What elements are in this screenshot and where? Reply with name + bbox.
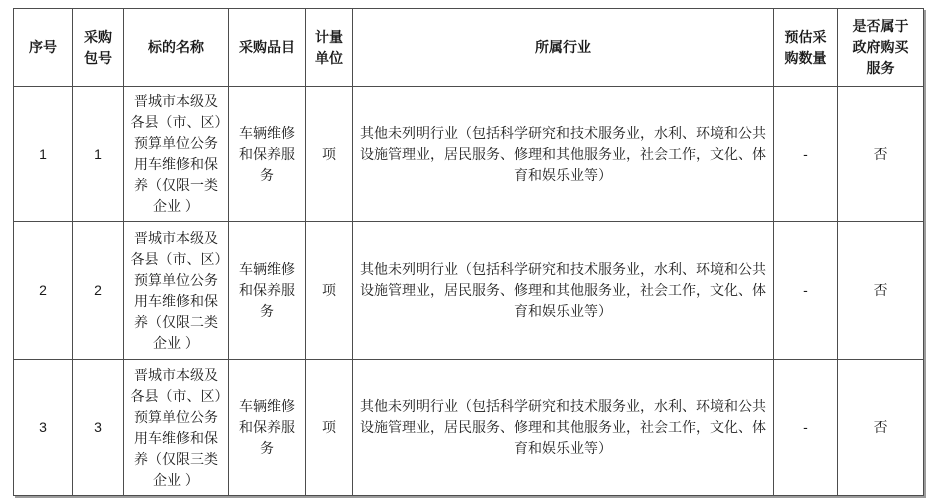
cell-unit: 项 bbox=[306, 87, 353, 222]
cell-subject-name: 晋城市本级及各县（市、区）预算单位公务用车维修和保养（仅限二类企业 ） bbox=[124, 222, 229, 360]
table-row: 2 2 晋城市本级及各县（市、区）预算单位公务用车维修和保养（仅限二类企业 ） … bbox=[14, 222, 924, 360]
cell-package-no: 2 bbox=[73, 222, 124, 360]
cell-package-no: 1 bbox=[73, 87, 124, 222]
header-unit: 计量 单位 bbox=[306, 9, 353, 87]
cell-seq: 1 bbox=[14, 87, 73, 222]
cell-package-no: 3 bbox=[73, 360, 124, 496]
cell-industry: 其他未列明行业（包括科学研究和技术服务业，水利、环境和公共设施管理业，居民服务、… bbox=[353, 222, 774, 360]
header-seq: 序号 bbox=[14, 9, 73, 87]
cell-procurement-item: 车辆维修和保养服务 bbox=[229, 222, 306, 360]
cell-gov-purchase-service: 否 bbox=[838, 222, 924, 360]
cell-gov-purchase-service: 否 bbox=[838, 360, 924, 496]
header-industry: 所属行业 bbox=[353, 9, 774, 87]
procurement-packages-page: 序号 采购 包号 标的名称 采购品目 计量 单位 所属行业 预估采 购数量 是否… bbox=[0, 0, 940, 504]
header-procurement-item: 采购品目 bbox=[229, 9, 306, 87]
cell-subject-name: 晋城市本级及各县（市、区）预算单位公务用车维修和保养（仅限三类企业 ） bbox=[124, 360, 229, 496]
cell-seq: 2 bbox=[14, 222, 73, 360]
cell-procurement-item: 车辆维修和保养服务 bbox=[229, 87, 306, 222]
cell-estimated-quantity: - bbox=[774, 87, 838, 222]
table-header-row: 序号 采购 包号 标的名称 采购品目 计量 单位 所属行业 预估采 购数量 是否… bbox=[14, 9, 924, 87]
cell-estimated-quantity: - bbox=[774, 222, 838, 360]
header-subject-name: 标的名称 bbox=[124, 9, 229, 87]
cell-seq: 3 bbox=[14, 360, 73, 496]
cell-unit: 项 bbox=[306, 222, 353, 360]
cell-unit: 项 bbox=[306, 360, 353, 496]
cell-industry: 其他未列明行业（包括科学研究和技术服务业，水利、环境和公共设施管理业，居民服务、… bbox=[353, 360, 774, 496]
cell-subject-name: 晋城市本级及各县（市、区）预算单位公务用车维修和保养（仅限一类企业 ） bbox=[124, 87, 229, 222]
table-row: 1 1 晋城市本级及各县（市、区）预算单位公务用车维修和保养（仅限一类企业 ） … bbox=[14, 87, 924, 222]
cell-procurement-item: 车辆维修和保养服务 bbox=[229, 360, 306, 496]
header-package-no: 采购 包号 bbox=[73, 9, 124, 87]
cell-gov-purchase-service: 否 bbox=[838, 87, 924, 222]
cell-industry: 其他未列明行业（包括科学研究和技术服务业，水利、环境和公共设施管理业，居民服务、… bbox=[353, 87, 774, 222]
table-row: 3 3 晋城市本级及各县（市、区）预算单位公务用车维修和保养（仅限三类企业 ） … bbox=[14, 360, 924, 496]
procurement-packages-table: 序号 采购 包号 标的名称 采购品目 计量 单位 所属行业 预估采 购数量 是否… bbox=[13, 8, 924, 496]
cell-estimated-quantity: - bbox=[774, 360, 838, 496]
header-gov-purchase-service: 是否属于 政府购买 服务 bbox=[838, 9, 924, 87]
header-estimated-quantity: 预估采 购数量 bbox=[774, 9, 838, 87]
